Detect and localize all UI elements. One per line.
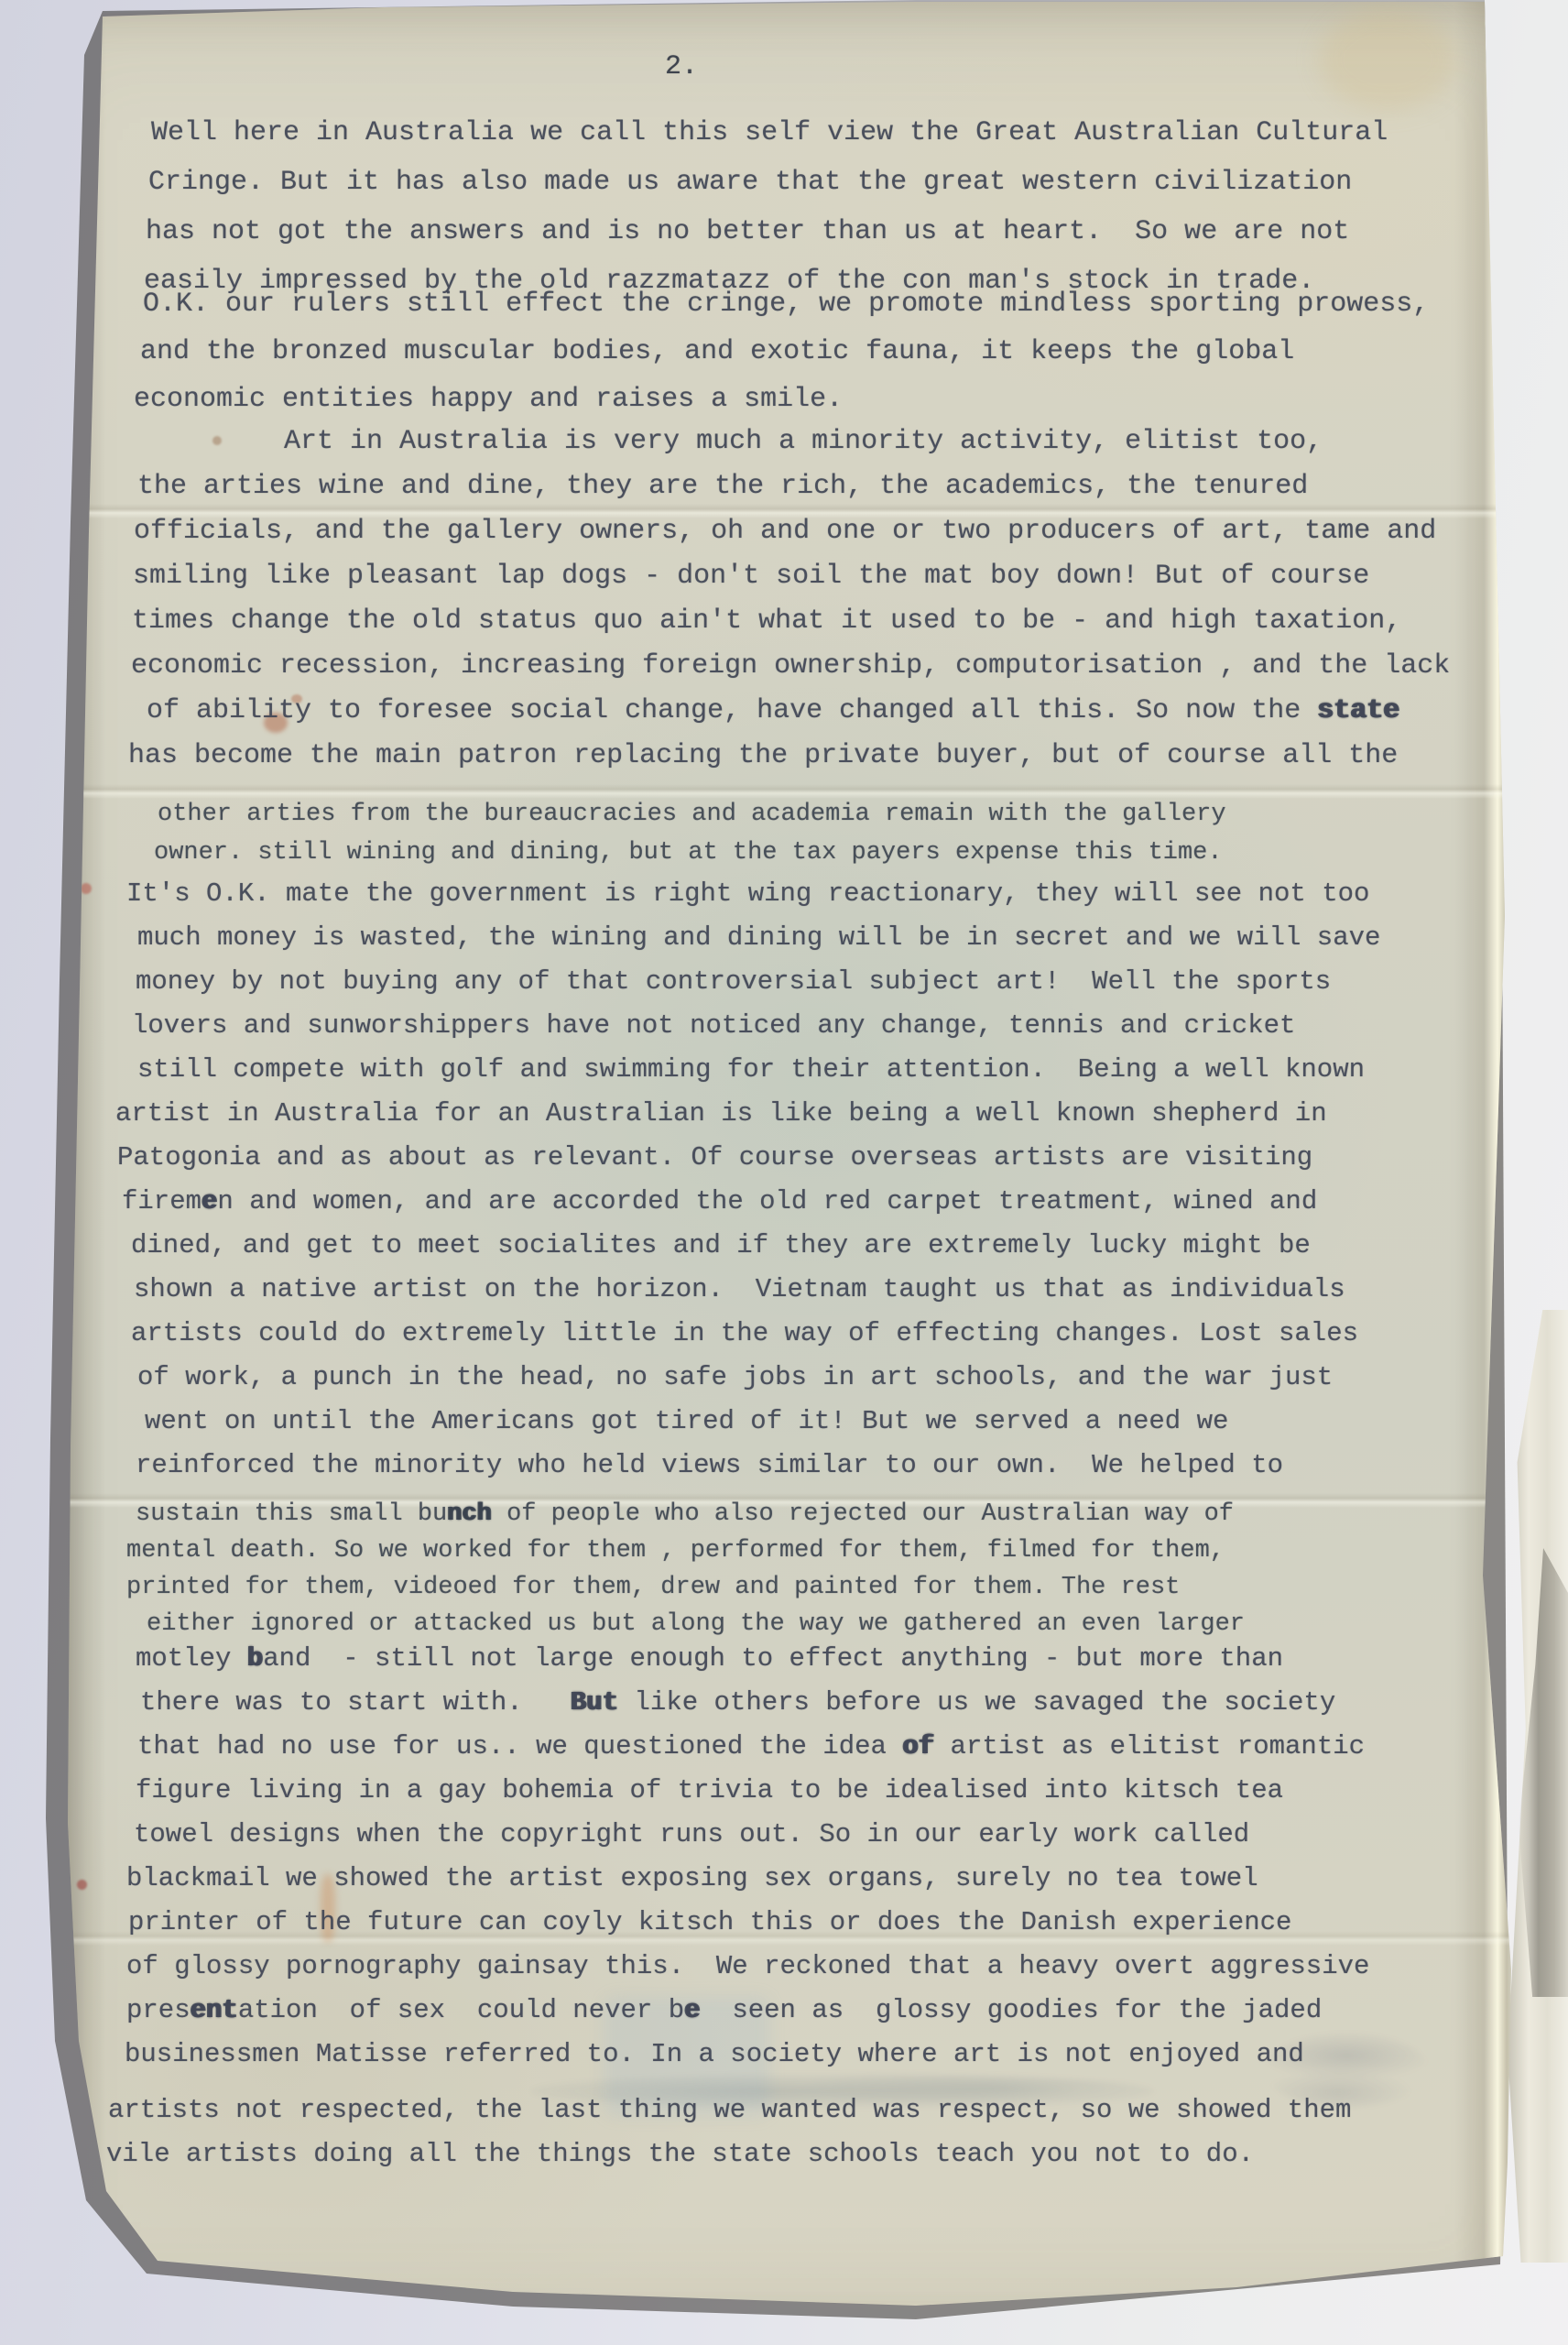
paragraph-1: Well here in Australia we call this self… [0,108,1520,306]
typed-text-layer: Well here in Australia we call this self… [0,0,1568,2345]
text-line: O.K. our rulers still effect the cringe,… [0,280,1520,328]
text-line: times change the old status quo ain't wh… [0,599,1520,644]
text-line: presentation of sex could never be seen … [0,1989,1520,2033]
typed-text: dined, and get to meet socialites and if… [131,1230,1311,1260]
typed-text: Cringe. But it has also made us aware th… [148,167,1352,198]
text-line: owner. still wining and dining, but at t… [0,834,1520,872]
typed-text: there was to start with. [140,1687,571,1718]
typed-text: money by not buying any of that controve… [136,966,1331,997]
text-line: firemen and women, and are accorded the … [0,1180,1520,1224]
typed-text: officials, and the gallery owners, oh an… [134,516,1436,547]
text-line: economic recession, increasing foreign o… [0,644,1520,689]
text-line: It's O.K. mate the government is right w… [0,872,1520,916]
typed-text: much money is wasted, the wining and din… [137,922,1380,953]
typed-text: artists could do extremely little in the… [131,1318,1358,1348]
typed-text: Well here in Australia we call this self… [151,117,1388,148]
typed-text: that had no use for us.. we questioned t… [137,1731,902,1761]
typed-text: smiling like pleasant lap dogs - don't s… [133,561,1369,592]
typed-text: figure living in a gay bohemia of trivia… [136,1775,1283,1805]
paragraph-3: Art in Australia is very much a minority… [0,420,1520,779]
text-line: artist in Australia for an Australian is… [0,1092,1520,1136]
text-line: printer of the future can coyly kitsch t… [0,1901,1520,1945]
overtyped-text: e [201,1186,217,1216]
text-line: sustain this small bunch of people who a… [0,1496,1520,1532]
typed-text: either ignored or attacked us but along … [147,1610,1245,1638]
typed-text: owner. still wining and dining, but at t… [154,839,1223,867]
text-line: went on until the Americans got tired of… [0,1400,1520,1444]
overtyped-text: nch [447,1500,492,1528]
typed-text: sustain this small bu [136,1500,447,1528]
typed-text: economic recession, increasing foreign o… [131,650,1450,682]
typed-text: of glossy pornography gainsay this. We r… [126,1951,1369,1981]
paragraph-5: motley band - still not large enough to … [0,1637,1520,2176]
typed-text: times change the old status quo ain't wh… [132,605,1401,637]
text-line: shown a native artist on the horizon. Vi… [0,1268,1520,1312]
text-line: mental death. So we worked for them , pe… [0,1532,1520,1569]
text-line: artists not respected, the last thing we… [0,2089,1520,2132]
typed-text: pres [126,1995,191,2025]
text-line: of glossy pornography gainsay this. We r… [0,1945,1520,1989]
overtyped-text: state [1317,695,1399,726]
text-line: of ability to foresee social change, hav… [0,689,1520,734]
text-line: smiling like pleasant lap dogs - don't s… [0,554,1520,599]
typed-text: towel designs when the copyright runs ou… [134,1819,1249,1849]
text-line: Art in Australia is very much a minority… [0,420,1520,464]
text-line: still compete with golf and swimming for… [0,1048,1520,1092]
text-line: other arties from the bureaucracies and … [0,795,1520,834]
text-line: businessmen Matisse referred to. In a so… [0,2033,1520,2077]
typed-text: like others before us we savaged the soc… [618,1687,1335,1718]
overtyped-text: b [247,1643,263,1674]
typed-text: still compete with golf and swimming for… [137,1054,1365,1085]
typed-text: O.K. our rulers still effect the cringe,… [143,289,1429,320]
text-line: has become the main patron replacing the… [0,734,1520,779]
text-line: has not got the answers and is no better… [0,207,1520,256]
typed-text: went on until the Americans got tired of… [145,1406,1228,1436]
typed-text: vile artists doing all the things the st… [106,2139,1254,2169]
typed-text: blackmail we showed the artist exposing … [126,1863,1258,1893]
text-line: officials, and the gallery owners, oh an… [0,509,1520,554]
typed-text: shown a native artist on the horizon. Vi… [134,1274,1345,1304]
text-line: Well here in Australia we call this self… [0,108,1520,158]
typed-text: printer of the future can coyly kitsch t… [128,1907,1291,1937]
text-line: much money is wasted, the wining and din… [0,916,1520,960]
text-line: motley band - still not large enough to … [0,1637,1520,1681]
text-line: that had no use for us.. we questioned t… [0,1725,1520,1769]
typed-text: firem [122,1186,201,1216]
typed-text: and the bronzed muscular bodies, and exo… [140,336,1294,367]
text-line: printed for them, videoed for them, drew… [0,1569,1520,1606]
text-line: Patogonia and as about as relevant. Of c… [0,1136,1520,1180]
typed-text: ation of sex could never b [238,1995,684,2025]
typed-text: artist in Australia for an Australian is… [115,1098,1327,1129]
overtyped-text: But [571,1687,618,1718]
paragraph-2: O.K. our rulers still effect the cringe,… [0,280,1520,423]
typed-text: businessmen Matisse referred to. In a so… [125,2039,1304,2069]
text-line: Cringe. But it has also made us aware th… [0,158,1520,207]
text-line: dined, and get to meet socialites and if… [0,1224,1520,1268]
typed-text: of people who also rejected our Australi… [492,1500,1234,1528]
typed-text: mental death. So we worked for them , pe… [126,1537,1225,1565]
overtyped-text: ent [191,1995,238,2025]
text-line: and the bronzed muscular bodies, and exo… [0,328,1520,376]
text-line: vile artists doing all the things the st… [0,2132,1520,2176]
typed-text: artist as elitist romantic [934,1731,1365,1761]
typed-text: has become the main patron replacing the… [128,740,1398,771]
text-line: the arties wine and dine, they are the r… [0,464,1520,509]
text-line: artists could do extremely little in the… [0,1312,1520,1356]
inserted-lines-1: other arties from the bureaucracies and … [0,795,1520,872]
typed-text: other arties from the bureaucracies and … [158,801,1226,828]
text-line: towel designs when the copyright runs ou… [0,1813,1520,1857]
text-line: blackmail we showed the artist exposing … [0,1857,1520,1901]
typed-text: Patogonia and as about as relevant. Of c… [117,1142,1312,1172]
typed-text: n and women, and are accorded the old re… [217,1186,1317,1216]
overtyped-text: e [684,1995,700,2025]
paragraph-4: It's O.K. mate the government is right w… [0,872,1520,1488]
typed-text: the arties wine and dine, they are the r… [137,471,1308,502]
typed-text: artists not respected, the last thing we… [108,2095,1351,2125]
typed-text: printed for them, videoed for them, drew… [126,1574,1180,1601]
typewritten-page: 2. Well here in Australia we call this s… [0,0,1568,2345]
typed-text: of ability to foresee social change, hav… [147,695,1317,726]
overtyped-text: of [902,1731,934,1761]
text-line: reinforced the minority who held views s… [0,1444,1520,1488]
text-line: economic entities happy and raises a smi… [0,376,1520,423]
typed-text: motley [136,1643,247,1674]
inserted-lines-2: sustain this small bunch of people who a… [0,1496,1520,1642]
text-line: figure living in a gay bohemia of trivia… [0,1769,1520,1813]
typed-text: reinforced the minority who held views s… [136,1450,1283,1480]
typed-text: and - still not large enough to effect a… [263,1643,1283,1674]
typed-text: economic entities happy and raises a smi… [134,384,843,415]
typed-text: seen as glossy goodies for the jaded [701,1995,1323,2025]
text-line: money by not buying any of that controve… [0,960,1520,1004]
text-line: of work, a punch in the head, no safe jo… [0,1356,1520,1400]
typed-text: has not got the answers and is no better… [146,216,1349,247]
text-line: there was to start with. But like others… [0,1681,1520,1725]
typed-text: of work, a punch in the head, no safe jo… [137,1362,1333,1392]
typed-text: It's O.K. mate the government is right w… [126,878,1369,909]
typed-text: Art in Australia is very much a minority… [284,426,1323,457]
typed-text: lovers and sunworshippers have not notic… [132,1010,1295,1041]
text-line: lovers and sunworshippers have not notic… [0,1004,1520,1048]
photo-background: 2. Well here in Australia we call this s… [0,0,1568,2345]
